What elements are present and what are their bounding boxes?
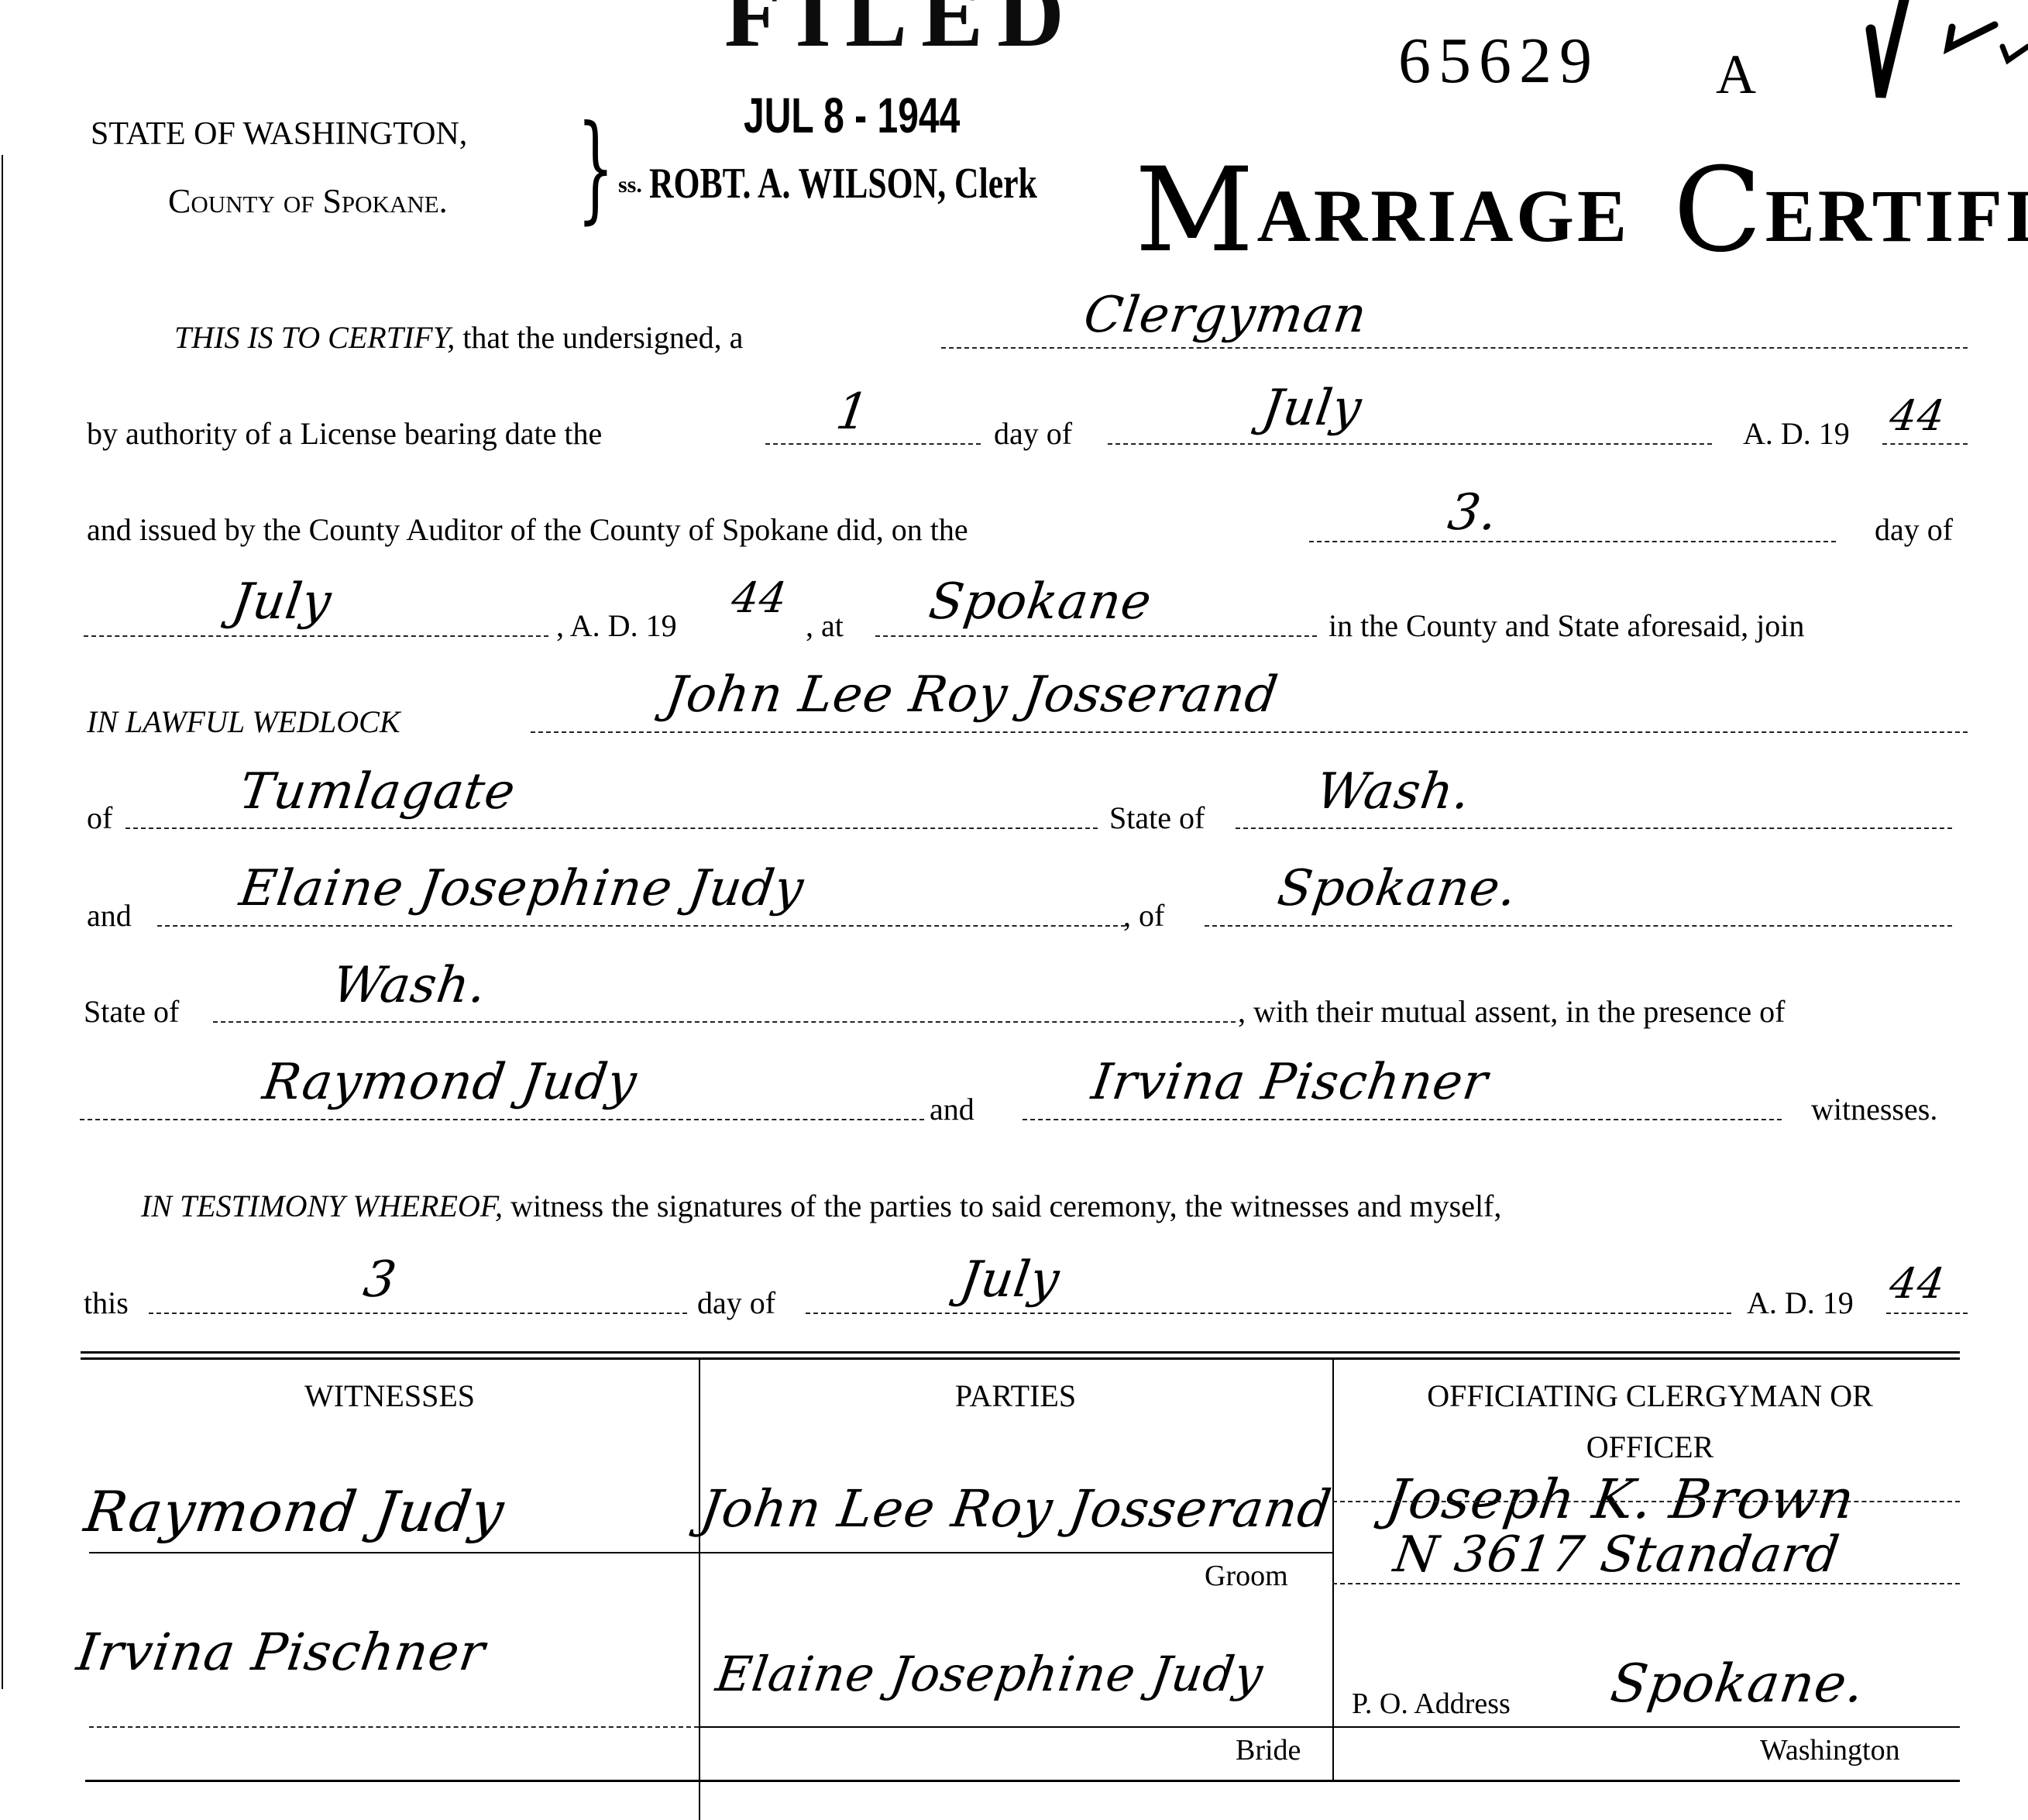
filed-stamp: FILED <box>724 0 1078 68</box>
groom-state-of-label: State of <box>1109 803 1205 834</box>
officiant-type-field[interactable]: Clergyman <box>1081 291 1370 340</box>
marriage-day-of-label: day of <box>1875 514 1953 545</box>
testimony-year-field[interactable]: 44 <box>1887 1263 1947 1305</box>
marriage-place-line <box>875 635 1317 637</box>
table-top-rule-1 <box>81 1351 1960 1354</box>
marriage-day-line <box>1309 541 1836 542</box>
po-address-city[interactable]: Spokane. <box>1607 1658 1868 1711</box>
officer-column-header-line2: OFFICER <box>1332 1432 1968 1463</box>
bride-name-line <box>157 925 1126 927</box>
bride-and-label: and <box>87 900 132 931</box>
bride-city-field[interactable]: Spokane. <box>1275 864 1521 913</box>
table-top-rule-2 <box>81 1357 1960 1360</box>
groom-signature[interactable]: John Lee Roy Josserand <box>697 1484 1335 1535</box>
witnesses-and-label: and <box>930 1094 974 1125</box>
county-state-aforesaid-text: in the County and State aforesaid, join <box>1329 611 1804 642</box>
officiant-type-line <box>941 347 1968 349</box>
county-of-spokane: County of Spokane. <box>168 184 448 218</box>
witness1-signature-line <box>89 1552 699 1553</box>
po-address-line <box>1332 1726 1960 1728</box>
marriage-at-label: , at <box>806 611 844 642</box>
title-word-2: ERTIFICATE <box>1765 174 2028 257</box>
license-year-field[interactable]: 44 <box>1887 395 1947 437</box>
state-of-washington: STATE OF WASHINGTON, <box>91 118 467 150</box>
title-initial-c: C <box>1673 143 1765 278</box>
testimony-day-line <box>149 1313 687 1314</box>
check-mark-icon <box>1844 0 2028 105</box>
po-address-state: Washington <box>1760 1736 1900 1765</box>
testimony-month-line <box>806 1313 1731 1314</box>
witness1-signature[interactable]: Raymond Judy <box>81 1484 508 1540</box>
officer-address-line <box>1332 1583 1960 1584</box>
document-title: MARRIAGE CERTIFICATE <box>1135 143 2028 278</box>
groom-signature-line <box>699 1552 1332 1553</box>
parties-column-header: PARTIES <box>699 1381 1332 1412</box>
bride-city-line <box>1205 925 1952 927</box>
officer-signature-line <box>1332 1501 1960 1502</box>
groom-name-line <box>531 731 1968 733</box>
witness2-signature-line <box>89 1726 699 1728</box>
this-label: this <box>84 1288 129 1319</box>
testimony-year-line <box>1886 1313 1968 1314</box>
certify-text: THIS IS TO CERTIFY, that the undersigned… <box>174 322 743 353</box>
officer-signature[interactable]: Joseph K. Brown <box>1383 1472 1858 1526</box>
bride-name-field[interactable]: Elaine Josephine Judy <box>237 864 807 913</box>
issued-by-text: and issued by the County Auditor of the … <box>87 514 968 545</box>
officer-address[interactable]: N 3617 Standard <box>1391 1530 1843 1580</box>
testimony-text: IN TESTIMONY WHEREOF, witness the signat… <box>141 1191 1501 1222</box>
marriage-year-field[interactable]: 44 <box>729 577 789 619</box>
marriage-place-field[interactable]: Spokane <box>926 577 1155 627</box>
groom-state-field[interactable]: Wash. <box>1314 767 1474 817</box>
witness1-line <box>80 1119 924 1120</box>
witnesses-column-header: WITNESSES <box>81 1381 699 1412</box>
groom-of-label: of <box>87 803 112 834</box>
marriage-ad-label: , A. D. 19 <box>556 611 677 642</box>
witness2-line <box>1023 1119 1782 1120</box>
groom-state-line <box>1236 827 1952 829</box>
witnesses-label: witnesses. <box>1811 1094 1937 1125</box>
testimony-day-field[interactable]: 3 <box>361 1255 400 1305</box>
license-month-field[interactable]: July <box>1260 384 1365 433</box>
left-border-rule <box>2 155 3 1689</box>
table-bottom-rule <box>85 1780 1960 1782</box>
bride-label: Bride <box>1236 1736 1301 1765</box>
po-address-label: P. O. Address <box>1352 1689 1511 1719</box>
marriage-day-field[interactable]: 3. <box>1445 488 1501 538</box>
license-month-line <box>1108 443 1712 445</box>
title-word-1: ARRIAGE <box>1257 174 1630 257</box>
license-year-line <box>1882 443 1968 445</box>
license-ad-label: A. D. 19 <box>1743 418 1850 449</box>
certify-suffix: that the undersigned, a <box>462 320 743 355</box>
filed-date-stamp: JUL 8 - 1944 <box>744 87 960 144</box>
license-day-line <box>765 443 981 445</box>
testimony-suffix: witness the signatures of the parties to… <box>510 1189 1501 1223</box>
brace-icon: } <box>577 101 614 236</box>
groom-city-field[interactable]: Tumlagate <box>237 767 519 817</box>
certify-prefix: THIS IS TO CERTIFY, <box>174 320 455 355</box>
license-day-of-label: day of <box>994 418 1072 449</box>
groom-label: Groom <box>1205 1561 1288 1591</box>
marriage-month-line <box>84 635 548 637</box>
column-divider-1 <box>699 1357 700 1820</box>
testimony-prefix: IN TESTIMONY WHEREOF, <box>141 1189 503 1223</box>
witness1-field[interactable]: Raymond Judy <box>260 1058 641 1107</box>
mutual-assent-text: , with their mutual assent, in the prese… <box>1238 996 1785 1027</box>
bride-signature-line <box>699 1726 1332 1728</box>
witness2-signature[interactable]: Irvina Pischner <box>74 1627 488 1678</box>
bride-signature[interactable]: Elaine Josephine Judy <box>713 1650 1267 1698</box>
marriage-month-field[interactable]: July <box>229 577 335 627</box>
certificate-letter: A <box>1716 43 1756 107</box>
bride-state-of-label: State of <box>84 996 179 1027</box>
officer-column-header-line1: OFFICIATING CLERGYMAN OR <box>1332 1381 1968 1412</box>
groom-city-line <box>125 827 1098 829</box>
ss-abbreviation: ss. <box>618 172 642 198</box>
lawful-wedlock-label: IN LAWFUL WEDLOCK <box>87 707 400 738</box>
license-date-text: by authority of a License bearing date t… <box>87 418 602 449</box>
clerk-stamp: ROBT. A. WILSON, Clerk <box>649 159 1037 208</box>
column-divider-2 <box>1332 1357 1334 1780</box>
certificate-number: 65629 <box>1398 23 1600 98</box>
title-initial-m: M <box>1135 143 1257 278</box>
bride-of-label: , of <box>1123 900 1164 931</box>
testimony-month-field[interactable]: July <box>957 1255 1063 1305</box>
license-day-field[interactable]: 1 <box>834 387 873 437</box>
bride-state-line <box>213 1021 1236 1023</box>
witness2-field[interactable]: Irvina Pischner <box>1089 1058 1491 1107</box>
bride-state-field[interactable]: Wash. <box>330 961 490 1010</box>
groom-name-field[interactable]: John Lee Roy Josserand <box>663 670 1281 720</box>
testimony-ad-label: A. D. 19 <box>1747 1288 1854 1319</box>
testimony-day-of-label: day of <box>697 1288 775 1319</box>
